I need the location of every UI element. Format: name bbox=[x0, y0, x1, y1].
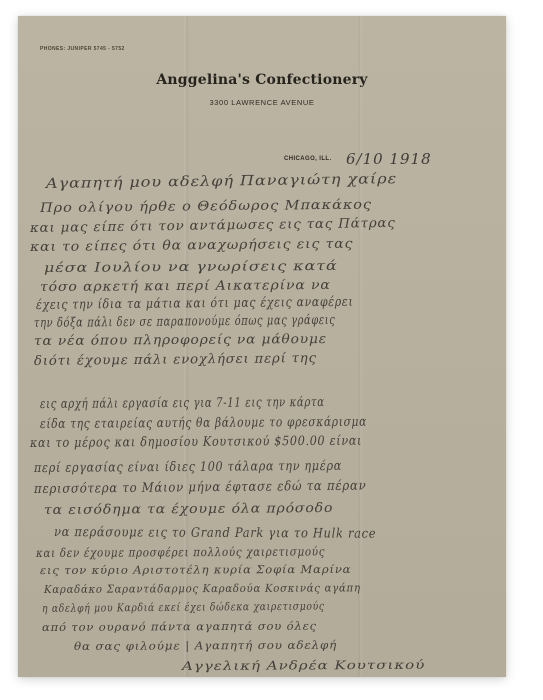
letter-line: Προ ολίγου ήρθε ο Θεόδωρος Μπακάκος bbox=[40, 198, 372, 216]
letter-line: εις τον κύριο Αριστοτέλη κυρία Σοφία Μαρ… bbox=[40, 563, 351, 577]
letter-line: εις αρχή πάλι εργασία εις για 7-11 εις τ… bbox=[40, 395, 325, 412]
letter-line: διότι έχουμε πάλι ενοχλήσει περί της bbox=[34, 351, 317, 369]
letter-line: τόσο αρκετή και περί Αικατερίνα να bbox=[40, 278, 331, 295]
letter-line: περισσότερα το Μάιον μήνα έφτασε εδώ τα … bbox=[34, 479, 367, 497]
letter-line: είδα της εταιρείας αυτής θα βάλουμε το φ… bbox=[40, 415, 367, 432]
letter-line: και το μέρος και δημοσίου Κουτσικού $500… bbox=[30, 434, 362, 451]
letter-line: μέσα Ιουλίου να γνωρίσεις κατά bbox=[44, 259, 338, 276]
letter-line: και δεν έχουμε προσφέρει πολλούς χαιρετι… bbox=[36, 544, 325, 560]
letter-signature: Αγγελική Ανδρέα Κουτσικού bbox=[182, 658, 425, 673]
letter-line: και το είπες ότι θα αναχωρήσεις εις τας bbox=[30, 237, 353, 255]
letter-line: η αδελφή μου Καρδιά εκεί έχει δώδεκα χαι… bbox=[42, 600, 325, 615]
letter-sheet: PHONES: JUNIPER 5745 - 5752 Anggelina's … bbox=[18, 16, 506, 677]
letter-line: να περάσουμε εις το Grand Park για το Hu… bbox=[54, 525, 376, 542]
letter-line: περί εργασίας είναι ίδιες 100 τάλαρα την… bbox=[34, 459, 342, 476]
letter-line: και μας είπε ότι τον αντάμωσες εις τας Π… bbox=[30, 216, 396, 236]
letter-line: Καραδάκο Σαραντάδαρμος Καραδούα Κοσκινάς… bbox=[44, 581, 361, 596]
letter-line: τα εισόδημα τα έχουμε όλα πρόσοδο bbox=[44, 501, 333, 518]
letter-line: τα νέα όπου πληροφορείς να μάθουμε bbox=[34, 332, 327, 349]
letter-closing: θα σας φιλούμε | Αγαπητή σου αδελφή bbox=[74, 639, 337, 653]
letter-line: Αγαπητή μου αδελφή Παναγιώτη χαίρε bbox=[46, 171, 397, 192]
letter-body: Αγαπητή μου αδελφή Παναγιώτη χαίρε Προ ο… bbox=[18, 16, 506, 677]
letter-line: την δόξα πάλι δεν σε παραπονούμε όπως μα… bbox=[34, 313, 336, 331]
letter-line: έχεις την ίδια τα μάτια και ότι μας έχει… bbox=[36, 295, 354, 313]
letter-line: από τον ουρανό πάντα αγαπητά σου όλες bbox=[42, 620, 317, 634]
